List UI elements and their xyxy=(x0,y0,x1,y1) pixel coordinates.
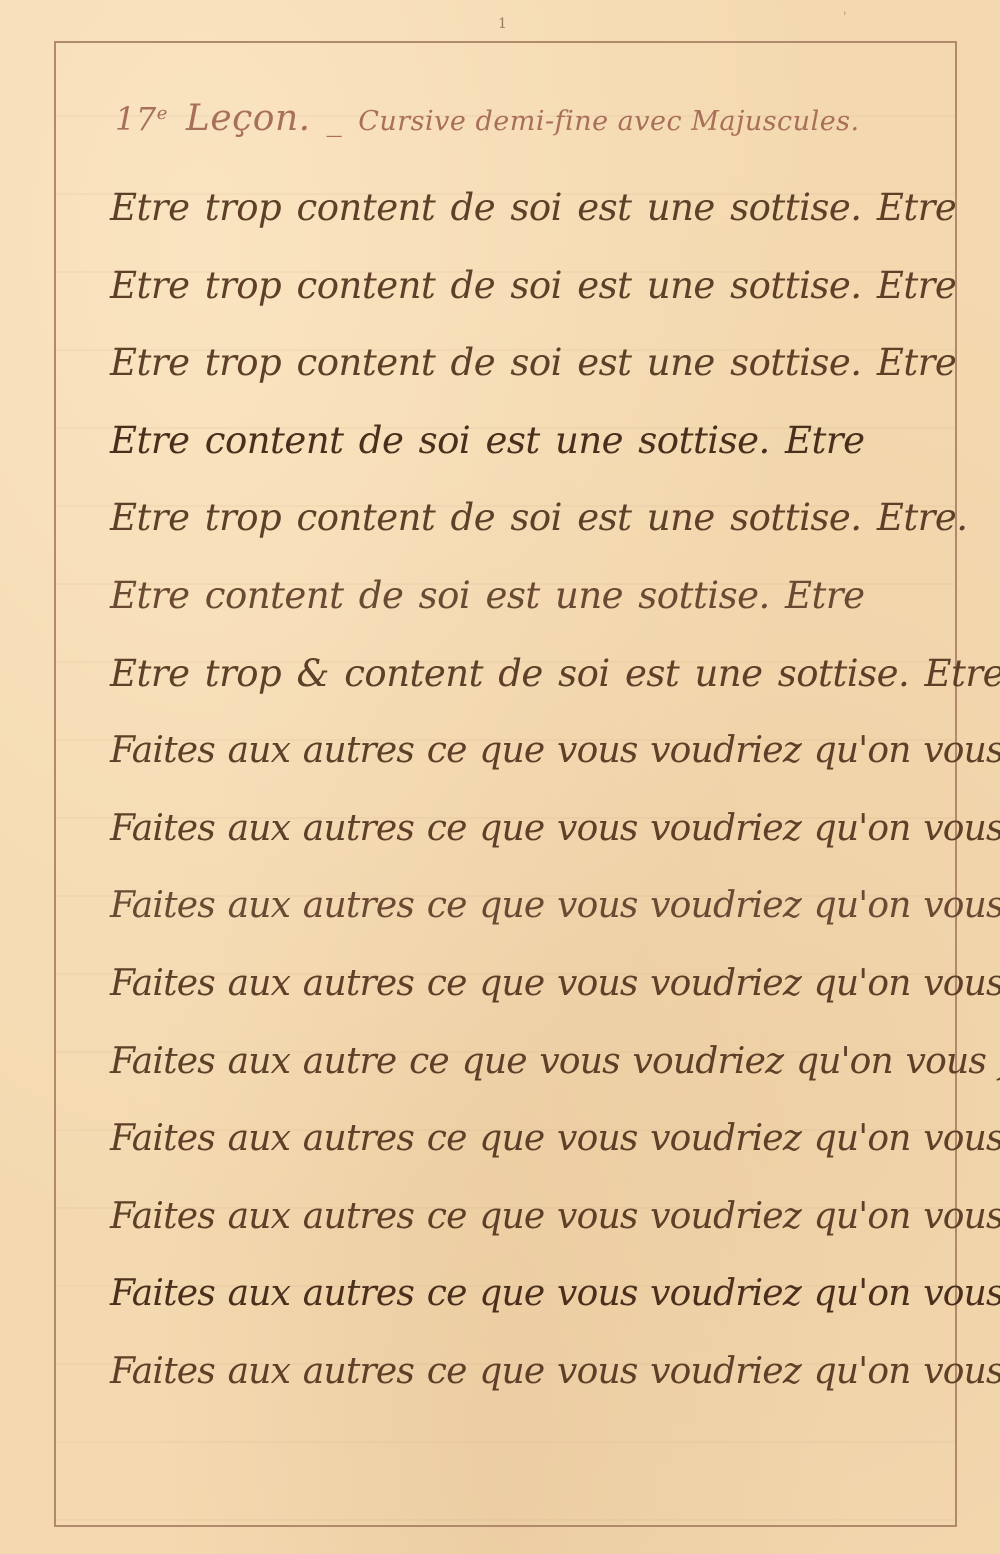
lesson-label: Leçon. xyxy=(186,98,311,139)
handwriting-line: Etre trop content de soi est une sottise… xyxy=(110,335,960,413)
handwriting-line: Faites aux autres ce que vous voudriez q… xyxy=(110,878,960,956)
corner-mark: ' xyxy=(843,10,847,25)
lesson-title: 17e Leçon. _ Cursive demi-fine avec Maju… xyxy=(115,98,905,139)
handwriting-line: Etre content de soi est une sottise. Etr… xyxy=(110,568,960,646)
handwriting-line: Etre trop & content de soi est une sotti… xyxy=(110,646,960,724)
lesson-number-suffix: e xyxy=(157,103,168,124)
handwriting-line: Etre trop content de soi est une sottise… xyxy=(110,180,960,258)
handwriting-line: Etre content de soi est une sottise. Etr… xyxy=(110,413,960,491)
title-separator: _ xyxy=(327,103,343,138)
handwriting-line: Faites aux autres ce que vous voudriez q… xyxy=(110,801,960,879)
lesson-subtitle: Cursive demi-fine avec Majuscules. xyxy=(358,106,859,137)
page-number: 1 xyxy=(498,16,507,32)
lesson-number: 17 xyxy=(115,100,157,138)
handwriting-line: Faites aux autres ce que vous voudriez q… xyxy=(110,1111,960,1189)
handwriting-line: Faites aux autres ce que vous voudriez q… xyxy=(110,1189,960,1267)
handwriting-line: Faites aux autres ce que vous voudriez q… xyxy=(110,956,960,1034)
handwriting-line: Etre trop content de soi est une sottise… xyxy=(110,258,960,336)
handwriting-line: Faites aux autres ce que vous voudriez q… xyxy=(110,1344,960,1422)
handwriting-line: Etre trop content de soi est une sottise… xyxy=(110,490,960,568)
handwriting-line: Faites aux autre ce que vous voudriez qu… xyxy=(110,1034,960,1112)
handwriting-exercise: Etre trop content de soi est une sottise… xyxy=(110,180,960,1422)
handwriting-line: Faites aux autres ce que vous voudriez q… xyxy=(110,723,960,801)
handwriting-line: Faites aux autres ce que vous voudriez q… xyxy=(110,1266,960,1344)
